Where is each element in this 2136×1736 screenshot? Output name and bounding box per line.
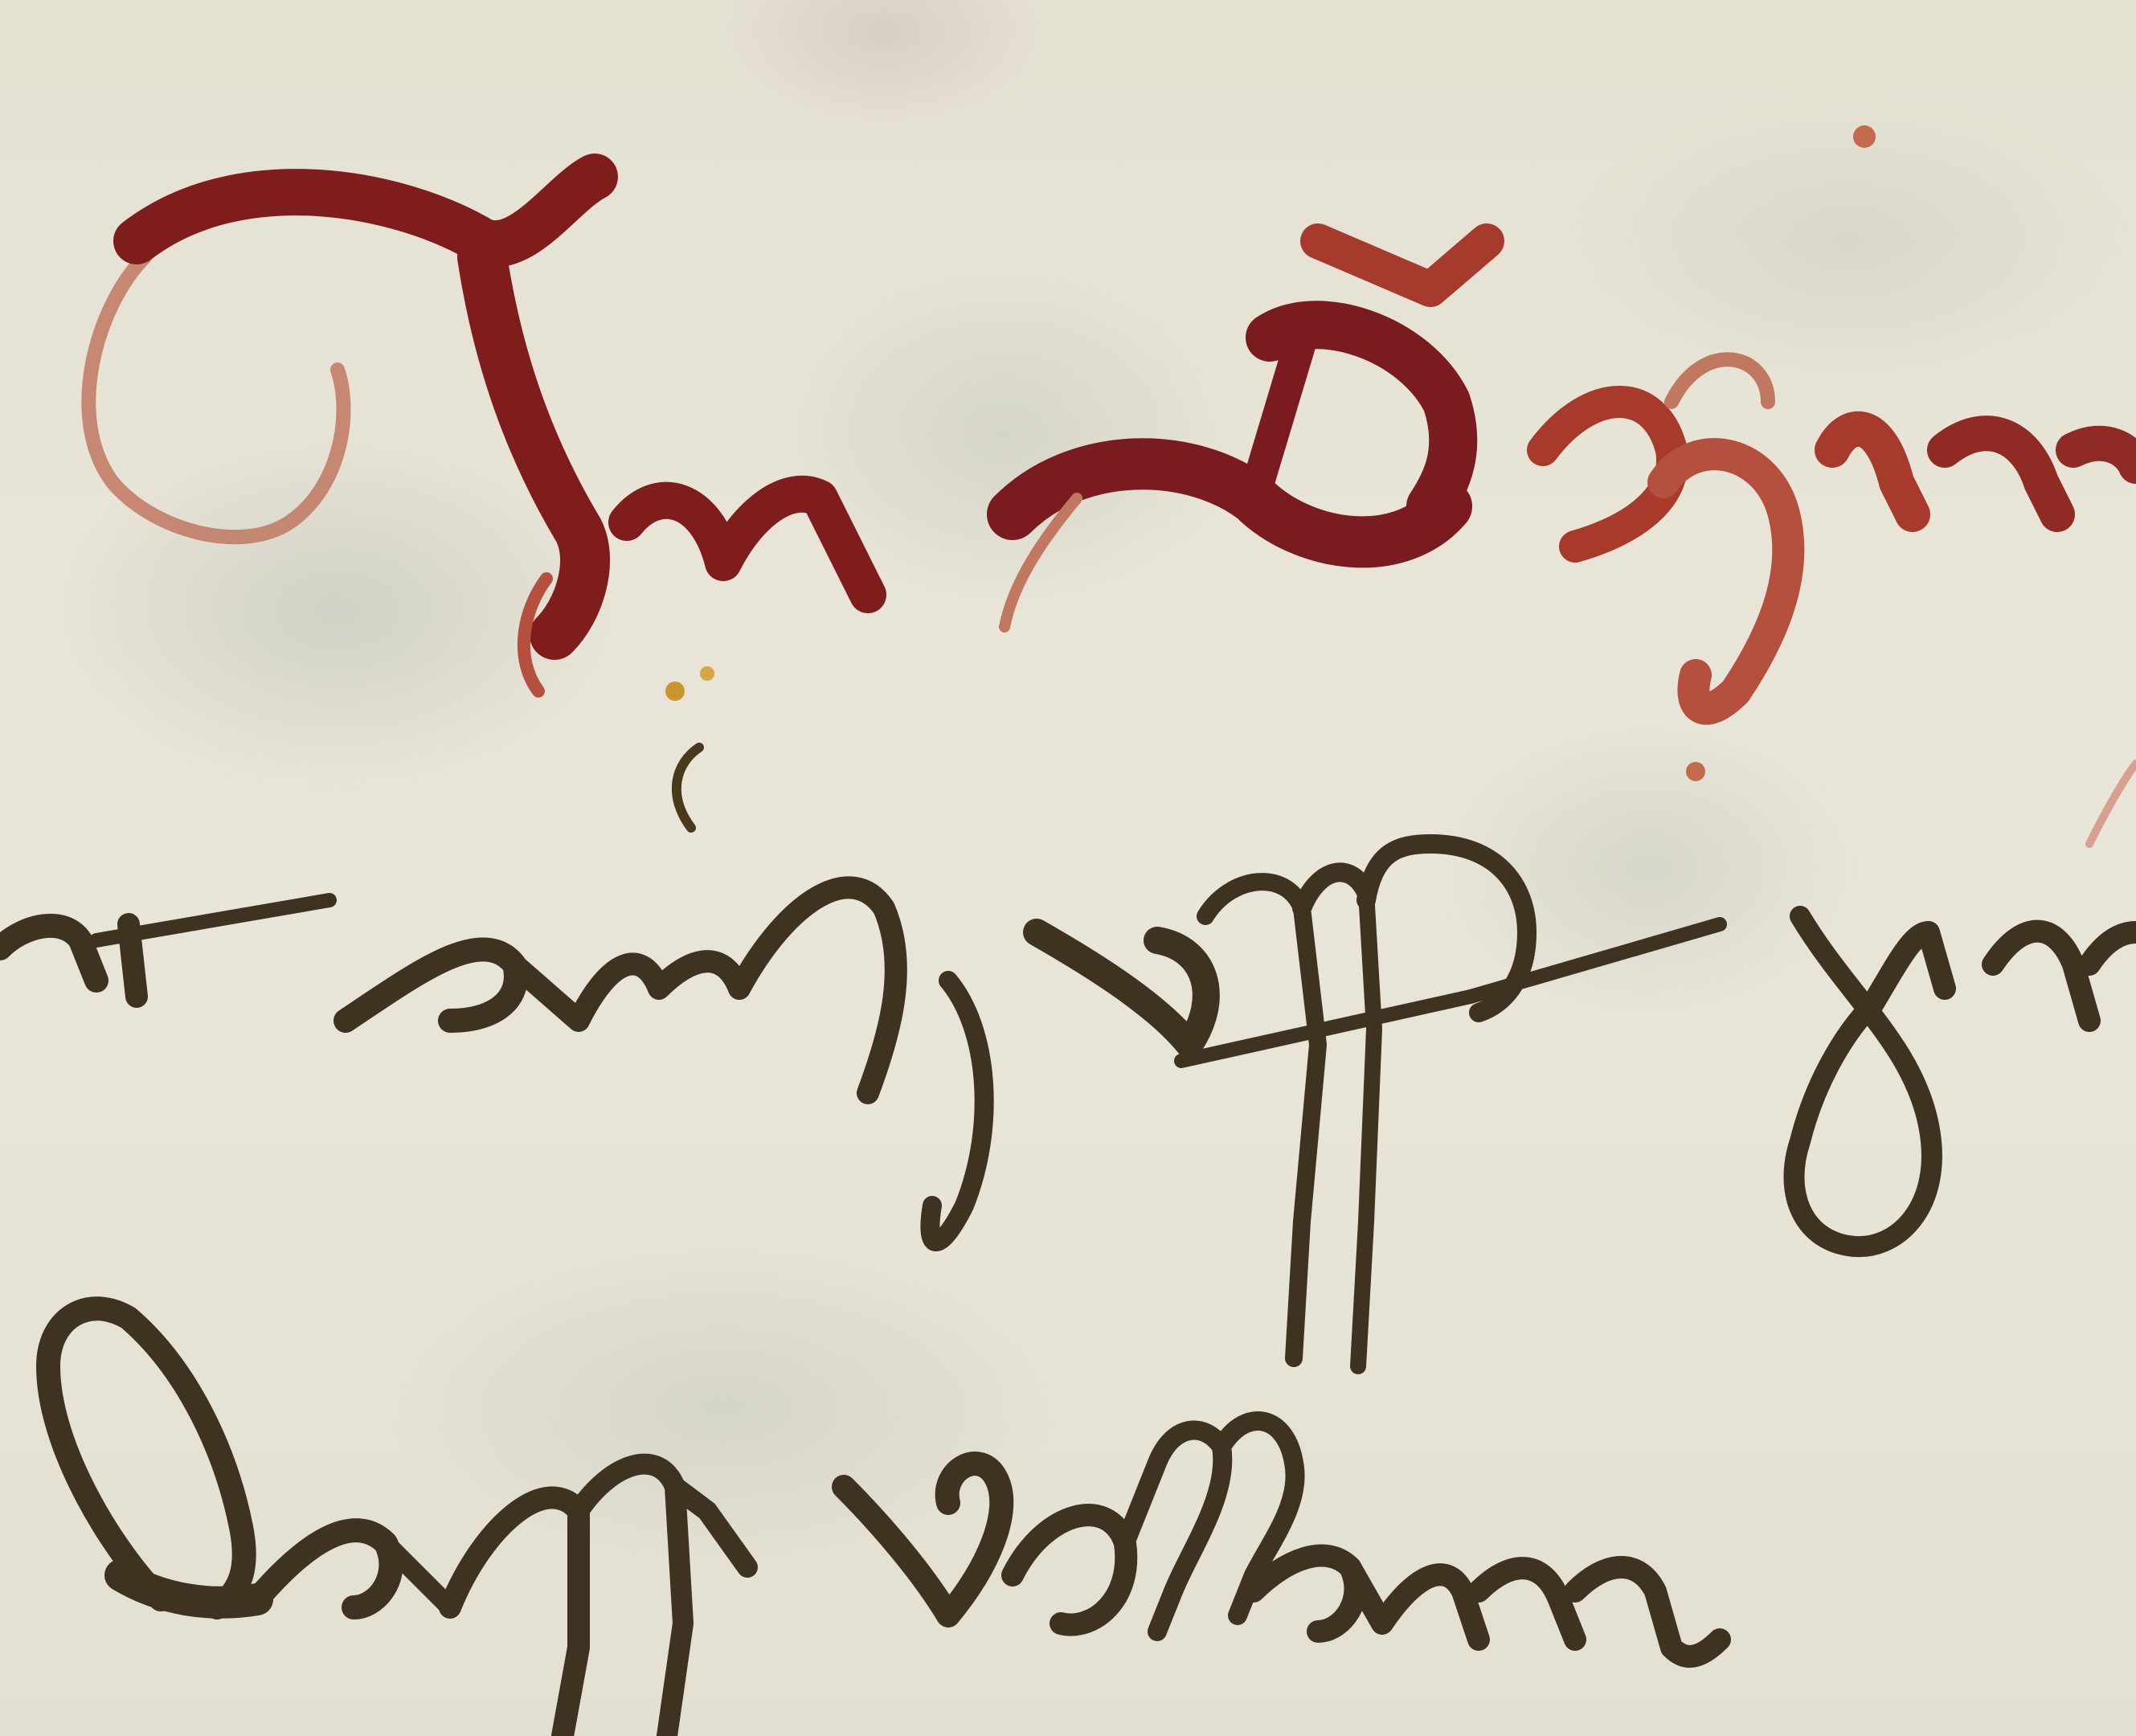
ink-line-1	[0, 844, 2136, 1366]
decorative-marks	[665, 666, 714, 828]
manuscript-script	[0, 0, 2136, 1736]
ink-line-2	[48, 1308, 1720, 1736]
rubric-red-script	[88, 125, 2136, 844]
